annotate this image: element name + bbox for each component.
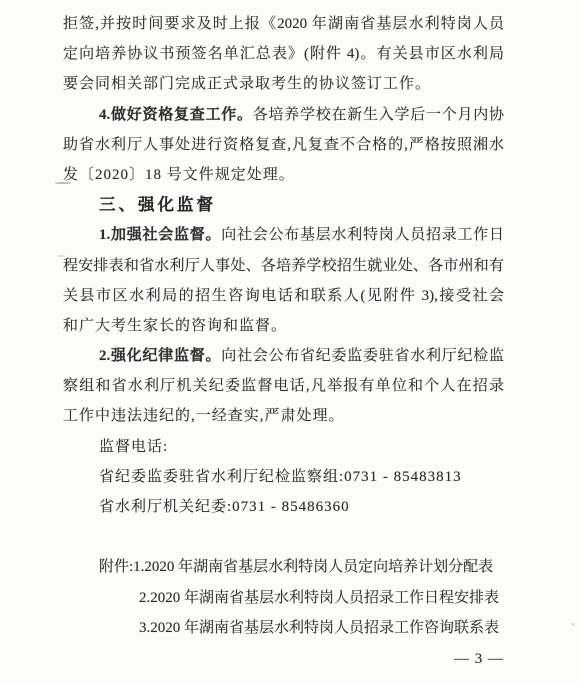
scanned-document-page: 拒签,并按时间要求及时上报《2020 年湖南省基层水利特岗人员 定向培养协议书预… bbox=[0, 0, 581, 683]
page-number: — 3 — bbox=[0, 649, 504, 669]
scan-speck bbox=[55, 182, 71, 184]
text-run: 向社会公布省纪委监委驻省水利厅纪检监 bbox=[221, 348, 504, 364]
attachment-item-1: 附件:1.2020 年湖南省基层水利特岗人员定向培养计划分配表 bbox=[63, 552, 504, 582]
text-run: 附件:1.2020 年湖南省基层水利特岗人员定向培养计划分配表 bbox=[99, 559, 493, 575]
text-run: 关县市区水利局的招生咨询电话和联系人(见附件 3),接受社会 bbox=[63, 288, 504, 304]
text-line: 关县市区水利局的招生咨询电话和联系人(见附件 3),接受社会 bbox=[63, 281, 504, 311]
text-run: 向社会公布基层水利特岗人员招录工作日 bbox=[221, 227, 504, 243]
text-line: 察组和省水利厅机关纪委监督电话,凡举报有单位和个人在招录 bbox=[63, 371, 504, 401]
text-run: 拒签,并按时间要求及时上报《2020 年湖南省基层水利特岗人员 bbox=[63, 16, 504, 32]
document-body: 拒签,并按时间要求及时上报《2020 年湖南省基层水利特岗人员 定向培养协议书预… bbox=[63, 9, 504, 643]
attachment-item-3: 3.2020 年湖南省基层水利特岗人员招录工作咨询联系表 bbox=[63, 613, 504, 643]
text-line: 助省水利厅人事处进行资格复查,凡复查不合格的,严格按照湘水 bbox=[63, 130, 504, 160]
heading-text: 三、强化监督 bbox=[99, 196, 216, 214]
text-line: 发〔2020〕18 号文件规定处理。 bbox=[63, 160, 504, 190]
text-run: 各培养学校在新生入学后一个月内协 bbox=[253, 107, 504, 123]
attachment-item-2: 2.2020 年湖南省基层水利特岗人员招录工作日程安排表 bbox=[63, 583, 504, 613]
text-run: 要会同相关部门完成正式录取考生的协议签订工作。 bbox=[63, 76, 431, 92]
section-heading: 三、强化监督 bbox=[63, 190, 504, 220]
bold-lead-run: 2.强化纪律监督。 bbox=[99, 348, 221, 364]
text-run: 和广大考生家长的咨询和监督。 bbox=[63, 318, 287, 334]
supervision-phone-label: 监督电话: bbox=[63, 432, 504, 462]
phone-line-jiguan: 省水利厅机关纪委:0731 - 85486360 bbox=[63, 492, 504, 522]
text-line: 工作中违法违纪的,一经查实,严肃处理。 bbox=[63, 401, 504, 431]
text-line: 定向培养协议书预签名单汇总表》(附件 4)。有关县市区水利局 bbox=[63, 39, 504, 69]
text-line: 4.做好资格复查工作。各培养学校在新生入学后一个月内协 bbox=[63, 100, 504, 130]
text-run: 工作中违法违纪的,一经查实,严肃处理。 bbox=[63, 408, 345, 424]
text-run: 监督电话: bbox=[99, 439, 168, 455]
text-line: 1.加强社会监督。向社会公布基层水利特岗人员招录工作日 bbox=[63, 220, 504, 250]
text-run: 定向培养协议书预签名单汇总表》(附件 4)。有关县市区水利局 bbox=[63, 46, 504, 62]
text-line: 程安排表和省水利厅人事处、各培养学校招生就业处、各市州和有 bbox=[63, 251, 504, 281]
text-run: 3.2020 年湖南省基层水利特岗人员招录工作咨询联系表 bbox=[139, 620, 499, 636]
text-run: 省水利厅机关纪委:0731 - 85486360 bbox=[99, 499, 350, 515]
text-run: 发〔2020〕18 号文件规定处理。 bbox=[63, 167, 295, 183]
scan-speck bbox=[57, 255, 65, 257]
phone-line-jiwei: 省纪委监委驻省水利厅纪检监察组:0731 - 85483813 bbox=[63, 462, 504, 492]
text-line: 2.强化纪律监督。向社会公布省纪委监委驻省水利厅纪检监 bbox=[63, 341, 504, 371]
blank-line bbox=[63, 522, 504, 552]
text-run: 助省水利厅人事处进行资格复查,凡复查不合格的,严格按照湘水 bbox=[63, 137, 504, 153]
text-line: 和广大考生家长的咨询和监督。 bbox=[63, 311, 504, 341]
bold-lead-run: 4.做好资格复查工作。 bbox=[99, 107, 253, 123]
text-line: 拒签,并按时间要求及时上报《2020 年湖南省基层水利特岗人员 bbox=[63, 9, 504, 39]
text-run: 省纪委监委驻省水利厅纪检监察组:0731 - 85483813 bbox=[99, 469, 462, 485]
text-run: 察组和省水利厅机关纪委监督电话,凡举报有单位和个人在招录 bbox=[63, 378, 504, 394]
text-run: 2.2020 年湖南省基层水利特岗人员招录工作日程安排表 bbox=[139, 590, 499, 606]
text-run: 程安排表和省水利厅人事处、各培养学校招生就业处、各市州和有 bbox=[63, 258, 504, 274]
scan-speck bbox=[571, 623, 575, 626]
text-line: 要会同相关部门完成正式录取考生的协议签订工作。 bbox=[63, 69, 504, 99]
bold-lead-run: 1.加强社会监督。 bbox=[99, 227, 221, 243]
